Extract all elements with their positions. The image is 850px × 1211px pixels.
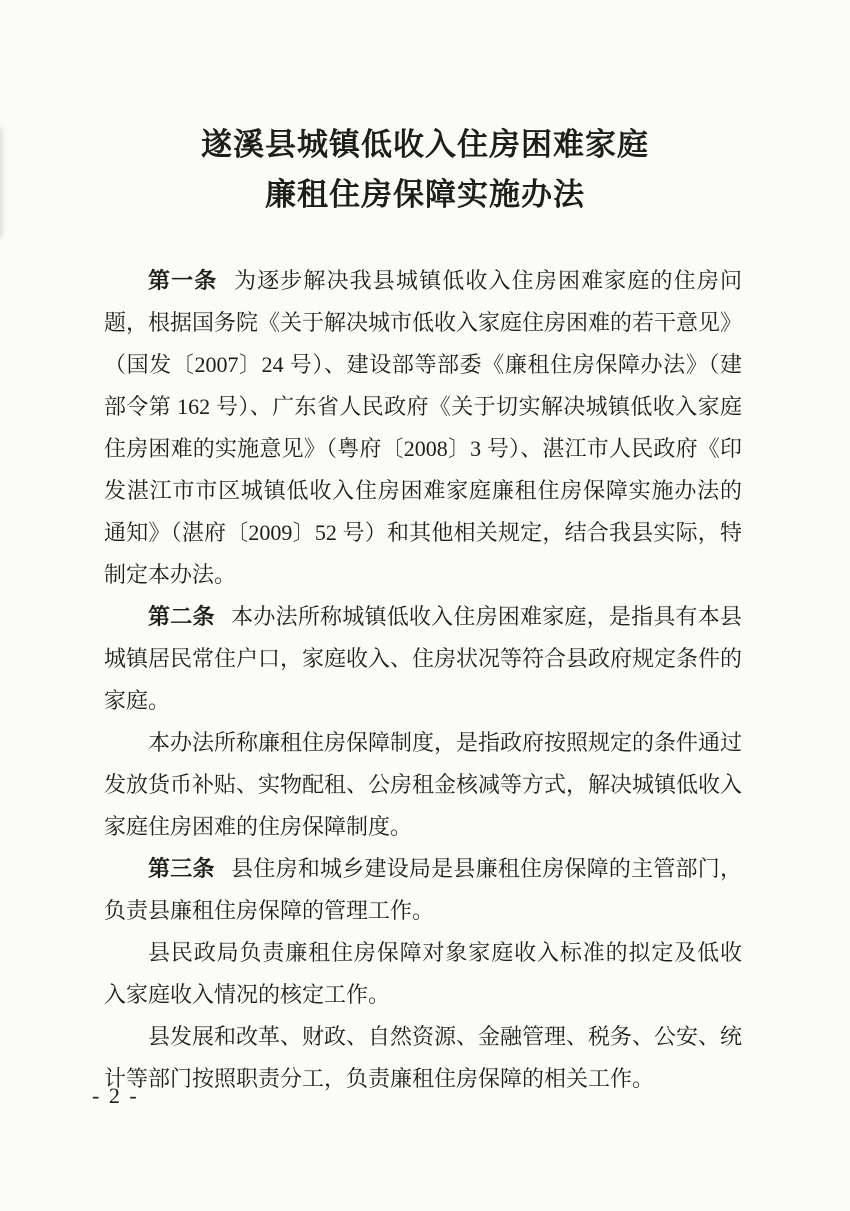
document-line: 制定本办法。 — [104, 554, 742, 596]
document-line: 县民政局负责廉租住房保障对象家庭收入标准的拟定及低收 — [104, 932, 742, 974]
document-line: 第三条县住房和城乡建设局是县廉租住房保障的主管部门， — [104, 848, 742, 890]
article-number: 第二条 — [148, 604, 215, 629]
paragraph: 本办法所称廉租住房保障制度，是指政府按照规定的条件通过发放货币补贴、实物配租、公… — [104, 722, 742, 848]
paragraph: 第二条本办法所称城镇低收入住房困难家庭，是指具有本县城镇居民常住户口，家庭收入、… — [104, 596, 742, 722]
document-line: 计等部门按照职责分工，负责廉租住房保障的相关工作。 — [104, 1058, 742, 1100]
document-line: 本办法所称廉租住房保障制度，是指政府按照规定的条件通过 — [104, 722, 742, 764]
document-title-line2: 廉租住房保障实施办法 — [0, 170, 850, 220]
document-line: 通知》（湛府〔2009〕52 号）和其他相关规定，结合我县实际，特 — [104, 512, 742, 554]
document-line: 发湛江市市区城镇低收入住房困难家庭廉租住房保障实施办法的 — [104, 470, 742, 512]
document-line: 发放货币补贴、实物配租、公房租金核减等方式，解决城镇低收入 — [104, 764, 742, 806]
document-line: 家庭。 — [104, 680, 742, 722]
document-line: 县发展和改革、财政、自然资源、金融管理、税务、公安、统 — [104, 1016, 742, 1058]
document-line: 题，根据国务院《关于解决城市低收入家庭住房困难的若干意见》 — [104, 302, 742, 344]
document-page: 遂溪县城镇低收入住房困难家庭 廉租住房保障实施办法 第一条为逐步解决我县城镇低收… — [0, 0, 850, 1211]
paragraph: 第三条县住房和城乡建设局是县廉租住房保障的主管部门，负责县廉租住房保障的管理工作… — [104, 848, 742, 932]
paragraph: 县民政局负责廉租住房保障对象家庭收入标准的拟定及低收入家庭收入情况的核定工作。 — [104, 932, 742, 1016]
document-body: 第一条为逐步解决我县城镇低收入住房困难家庭的住房问题，根据国务院《关于解决城市低… — [104, 260, 742, 1100]
document-line: 第一条为逐步解决我县城镇低收入住房困难家庭的住房问 — [104, 260, 742, 302]
article-number: 第一条 — [148, 268, 217, 293]
document-line: （国发〔2007〕24 号）、建设部等部委《廉租住房保障办法》（建设 — [104, 344, 742, 386]
document-line: 部令第 162 号）、广东省人民政府《关于切实解决城镇低收入家庭 — [104, 386, 742, 428]
page-number: - 2 - — [92, 1082, 139, 1110]
document-line: 城镇居民常住户口，家庭收入、住房状况等符合县政府规定条件的 — [104, 638, 742, 680]
document-line: 第二条本办法所称城镇低收入住房困难家庭，是指具有本县 — [104, 596, 742, 638]
article-number: 第三条 — [148, 856, 215, 881]
document-title: 遂溪县城镇低收入住房困难家庭 廉租住房保障实施办法 — [0, 120, 850, 220]
document-line: 负责县廉租住房保障的管理工作。 — [104, 890, 742, 932]
document-title-line1: 遂溪县城镇低收入住房困难家庭 — [0, 120, 850, 170]
document-line: 入家庭收入情况的核定工作。 — [104, 974, 742, 1016]
paragraph: 县发展和改革、财政、自然资源、金融管理、税务、公安、统计等部门按照职责分工，负责… — [104, 1016, 742, 1100]
document-line: 家庭住房困难的住房保障制度。 — [104, 806, 742, 848]
paragraph: 第一条为逐步解决我县城镇低收入住房困难家庭的住房问题，根据国务院《关于解决城市低… — [104, 260, 742, 596]
document-line: 住房困难的实施意见》（粤府〔2008〕3 号）、湛江市人民政府《印 — [104, 428, 742, 470]
